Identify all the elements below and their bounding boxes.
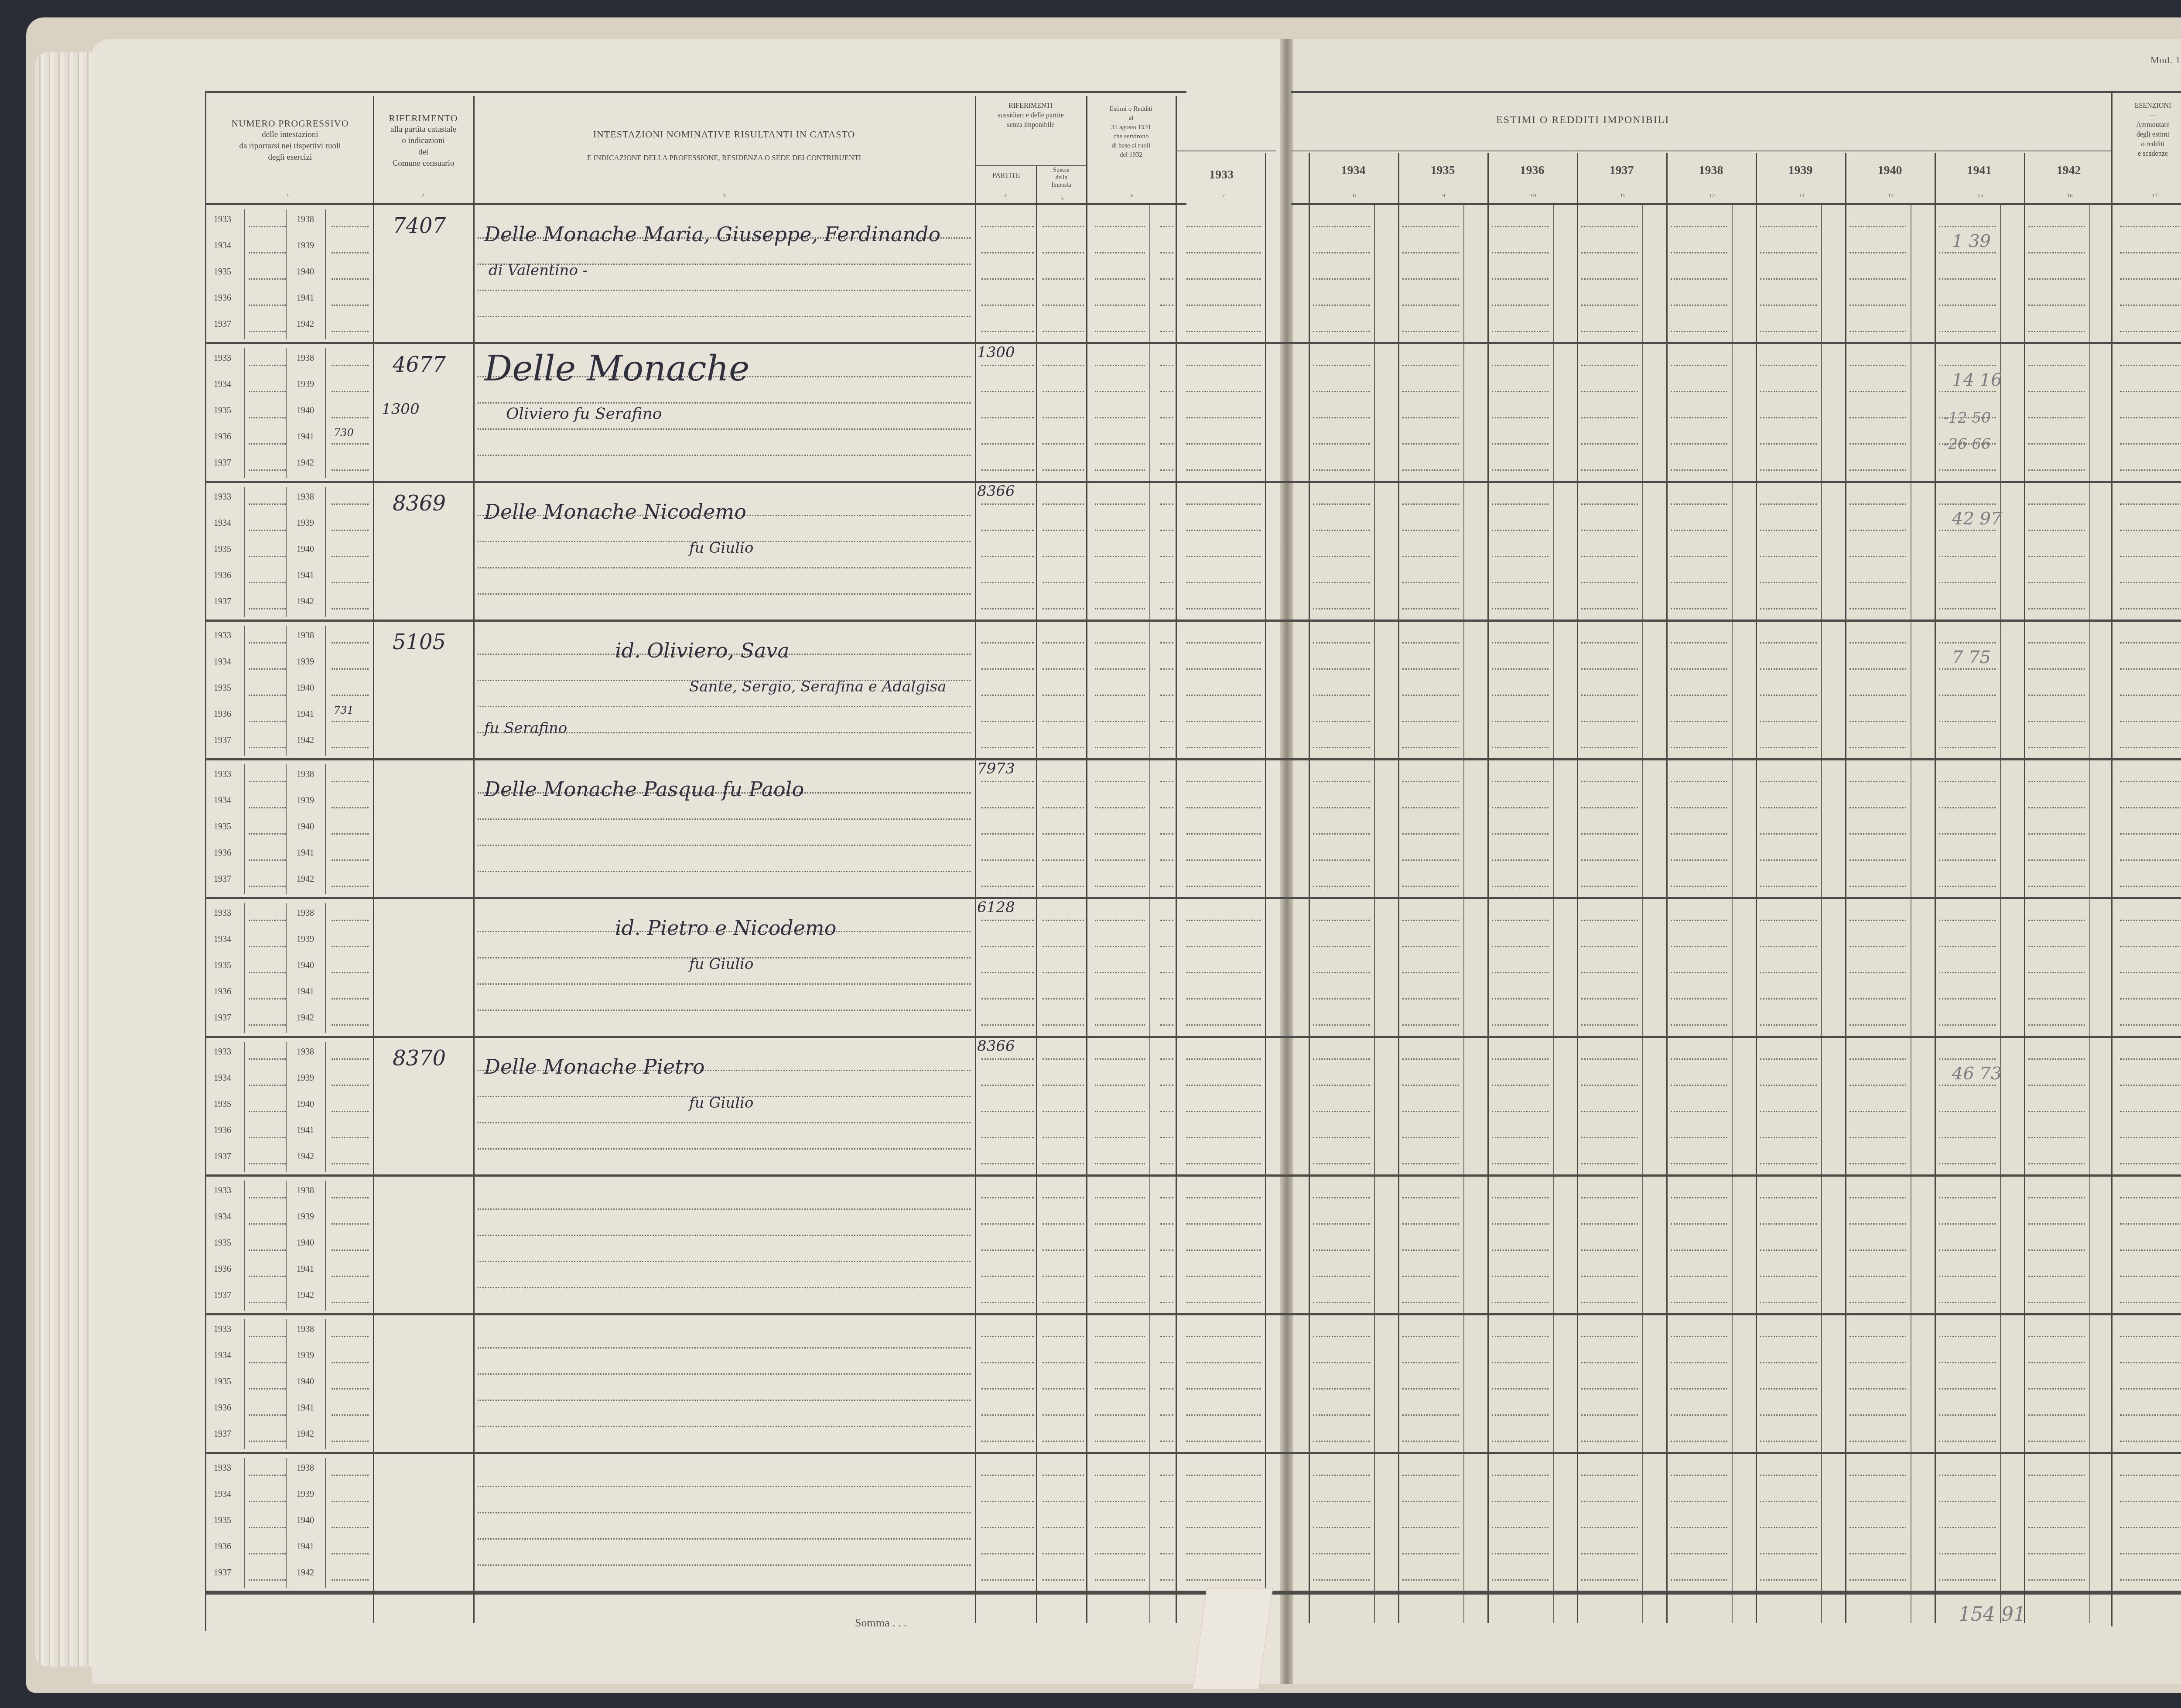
left-page — [92, 39, 1287, 1684]
year-label: 1939 — [297, 380, 314, 390]
year-label: 1941 — [297, 293, 314, 303]
year-label: 1933 — [214, 1325, 231, 1335]
year-label: 1937 — [214, 1568, 231, 1578]
header-esenzioni: ESENZIONI — Ammontare degli estimi o red… — [2113, 101, 2181, 159]
year-label: 1935 — [214, 961, 231, 971]
partite-value: 8366 — [977, 483, 1015, 500]
year-label: 1934 — [214, 1351, 231, 1361]
header-riferimento: RIFERIMENTO alla partita catastale o ind… — [374, 113, 472, 169]
year-label: 1933 — [214, 1186, 231, 1196]
year-label: 1938 — [297, 1186, 314, 1196]
page-edges-left — [35, 52, 92, 1667]
year-label: 1940 — [297, 822, 314, 832]
header-year-1941: 1941 — [1935, 164, 2024, 178]
header-partite: PARTITE — [976, 170, 1036, 181]
estimo-1941-calculation: -12 50 — [1943, 409, 1991, 427]
year-label: 1939 — [297, 1073, 314, 1083]
year-label: 1942 — [297, 874, 314, 884]
catasto-ref: 5105 — [393, 630, 446, 654]
header-year-1933: 1933 — [1178, 168, 1265, 182]
year-label: 1942 — [297, 736, 314, 746]
estimo-1941-value: 42 97 — [1952, 509, 2002, 529]
taxpayer-name: Delle Monache Maria, Giuseppe, Ferdinand… — [484, 222, 940, 246]
catasto-ref: 8369 — [393, 491, 446, 516]
year-label: 1937 — [214, 319, 231, 329]
year-label: 1934 — [214, 934, 231, 945]
year-label: 1939 — [297, 1351, 314, 1361]
year-label: 1940 — [297, 683, 314, 693]
year-label: 1941 — [297, 1126, 314, 1136]
year-label: 1937 — [214, 874, 231, 884]
partite-value: 7973 — [977, 760, 1015, 777]
taxpayer-detail: Sante, Sergio, Serafina e Adalgisa — [689, 678, 947, 695]
header-year-1939: 1939 — [1756, 164, 1845, 178]
right-page — [1289, 39, 2181, 1684]
year-label: 1938 — [297, 353, 314, 363]
year-label: 1942 — [297, 1290, 314, 1301]
year-label: 1941 — [297, 987, 314, 997]
partite-value: 1300 — [977, 344, 1015, 361]
year-label: 1940 — [297, 267, 314, 277]
year-label: 1939 — [297, 657, 314, 667]
year-label: 1941 — [297, 1264, 314, 1274]
year-label: 1937 — [214, 458, 231, 468]
year-label: 1936 — [214, 1403, 231, 1413]
header-year-1936: 1936 — [1487, 164, 1577, 178]
year-label: 1939 — [297, 934, 314, 945]
estimo-1941-value: 7 75 — [1952, 647, 1991, 667]
year-label: 1935 — [214, 406, 231, 416]
year-label: 1939 — [297, 1212, 314, 1222]
year-label: 1941 — [297, 848, 314, 858]
header-numero-progressivo: NUMERO PROGRESSIVO delle intestazioni da… — [209, 118, 371, 163]
year-label: 1936 — [214, 293, 231, 303]
estimo-1941-value: 14 16 — [1952, 370, 2002, 390]
year-label: 1936 — [214, 848, 231, 858]
year-label: 1937 — [214, 597, 231, 607]
year-label: 1934 — [214, 1073, 231, 1083]
year-label: 1935 — [214, 1238, 231, 1248]
year-label: 1933 — [214, 908, 231, 918]
year-label: 1934 — [214, 796, 231, 806]
year-label: 1941 — [297, 432, 314, 442]
year-label: 1936 — [214, 987, 231, 997]
year-label: 1942 — [297, 597, 314, 607]
side-note: 731 — [334, 704, 354, 716]
year-label: 1935 — [214, 1516, 231, 1526]
year-label: 1940 — [297, 1516, 314, 1526]
year-label: 1940 — [297, 1099, 314, 1109]
taxpayer-detail: di Valentino - — [489, 262, 588, 279]
header-intestazioni: INTESTAZIONI NOMINATIVE RISULTANTI IN CA… — [475, 129, 973, 164]
year-label: 1934 — [214, 1489, 231, 1499]
header-year-1942: 1942 — [2024, 164, 2113, 178]
year-label: 1941 — [297, 709, 314, 719]
year-label: 1933 — [214, 1047, 231, 1057]
header-riferimenti-sussidiari: RIFERIMENTI sussidiari e delle partite s… — [976, 101, 1085, 130]
taxpayer-detail: fu Giulio — [689, 1094, 753, 1112]
somma-1941-value: 154 91 — [1959, 1603, 2026, 1626]
year-label: 1933 — [214, 1463, 231, 1473]
year-label: 1936 — [214, 1264, 231, 1274]
header-year-1934: 1934 — [1309, 164, 1398, 178]
year-label: 1940 — [297, 1238, 314, 1248]
year-label: 1940 — [297, 406, 314, 416]
year-label: 1934 — [214, 1212, 231, 1222]
taxpayer-detail: fu Giulio — [689, 955, 753, 973]
header-year-1940: 1940 — [1845, 164, 1935, 178]
year-label: 1936 — [214, 1542, 231, 1552]
year-label: 1936 — [214, 571, 231, 581]
year-label: 1942 — [297, 1013, 314, 1023]
year-label: 1933 — [214, 215, 231, 225]
year-label: 1938 — [297, 908, 314, 918]
header-estimi-1931: Estimi o Redditi al 31 agosto 1931 che s… — [1087, 105, 1175, 160]
year-label: 1934 — [214, 518, 231, 528]
year-label: 1942 — [297, 319, 314, 329]
taxpayer-detail: fu Giulio — [689, 539, 753, 557]
year-label: 1940 — [297, 1377, 314, 1387]
year-label: 1939 — [297, 796, 314, 806]
year-label: 1941 — [297, 1403, 314, 1413]
year-label: 1935 — [214, 544, 231, 555]
catasto-ref: 4677 — [393, 353, 446, 377]
taxpayer-name: Delle Monache Pasqua fu Paolo — [484, 777, 804, 801]
year-label: 1935 — [214, 1377, 231, 1387]
year-label: 1938 — [297, 492, 314, 502]
header-year-1938: 1938 — [1666, 164, 1756, 178]
side-note: 730 — [334, 427, 354, 439]
year-label: 1940 — [297, 961, 314, 971]
catasto-ref: 8370 — [393, 1046, 446, 1071]
year-label: 1937 — [214, 1013, 231, 1023]
form-reference: Mod. 111 - Imposte Dirette (Intercalare) — [2150, 55, 2181, 66]
header-specie-imposta: Specie della Imposta — [1037, 167, 1085, 189]
header-year-1935: 1935 — [1398, 164, 1487, 178]
year-label: 1938 — [297, 215, 314, 225]
year-label: 1933 — [214, 770, 231, 780]
year-label: 1933 — [214, 492, 231, 502]
book-gutter — [1280, 39, 1293, 1684]
taxpayer-detail-2: fu Serafino — [484, 719, 567, 737]
catasto-ref: 7407 — [393, 214, 446, 238]
taxpayer-name: id. Pietro e Nicodemo — [615, 916, 836, 940]
year-label: 1939 — [297, 518, 314, 528]
year-label: 1934 — [214, 657, 231, 667]
year-label: 1933 — [214, 353, 231, 363]
year-label: 1938 — [297, 1463, 314, 1473]
year-label: 1941 — [297, 1542, 314, 1552]
taxpayer-name: Delle Monache — [484, 348, 749, 389]
year-label: 1938 — [297, 631, 314, 641]
header-estimi-redditi-imponibili: ESTIMI O REDDITI IMPONIBILI — [1496, 114, 1669, 126]
year-label: 1935 — [214, 822, 231, 832]
year-label: 1937 — [214, 1429, 231, 1439]
year-label: 1936 — [214, 432, 231, 442]
year-label: 1941 — [297, 571, 314, 581]
year-label: 1942 — [297, 458, 314, 468]
taxpayer-name: Delle Monache Nicodemo — [484, 500, 746, 524]
year-label: 1938 — [297, 1325, 314, 1335]
year-label: 1942 — [297, 1152, 314, 1162]
year-label: 1939 — [297, 1489, 314, 1499]
taxpayer-name: Delle Monache Pietro — [484, 1055, 705, 1078]
year-label: 1935 — [214, 1099, 231, 1109]
year-label: 1937 — [214, 736, 231, 746]
year-label: 1939 — [297, 241, 314, 251]
somma-label: Somma . . . — [855, 1616, 906, 1629]
year-label: 1937 — [214, 1290, 231, 1301]
estimo-1941-calculation: -26 66 — [1943, 435, 1991, 453]
partite-value: 6128 — [977, 899, 1015, 916]
year-label: 1934 — [214, 380, 231, 390]
year-label: 1935 — [214, 683, 231, 693]
year-label: 1938 — [297, 1047, 314, 1057]
year-label: 1934 — [214, 241, 231, 251]
catasto-ref-2: 1300 — [382, 400, 420, 418]
estimo-1941-value: 1 39 — [1952, 231, 1991, 251]
year-label: 1938 — [297, 770, 314, 780]
taxpayer-detail: Oliviero fu Serafino — [506, 405, 662, 423]
year-label: 1936 — [214, 709, 231, 719]
year-label: 1942 — [297, 1429, 314, 1439]
year-label: 1940 — [297, 544, 314, 555]
header-year-1937: 1937 — [1577, 164, 1666, 178]
taxpayer-name: id. Oliviero, Sava — [615, 639, 790, 662]
year-label: 1937 — [214, 1152, 231, 1162]
year-label: 1935 — [214, 267, 231, 277]
year-label: 1942 — [297, 1568, 314, 1578]
year-label: 1936 — [214, 1126, 231, 1136]
partite-value: 8366 — [977, 1037, 1015, 1055]
year-label: 1933 — [214, 631, 231, 641]
estimo-1941-value: 46 73 — [1952, 1064, 2002, 1084]
